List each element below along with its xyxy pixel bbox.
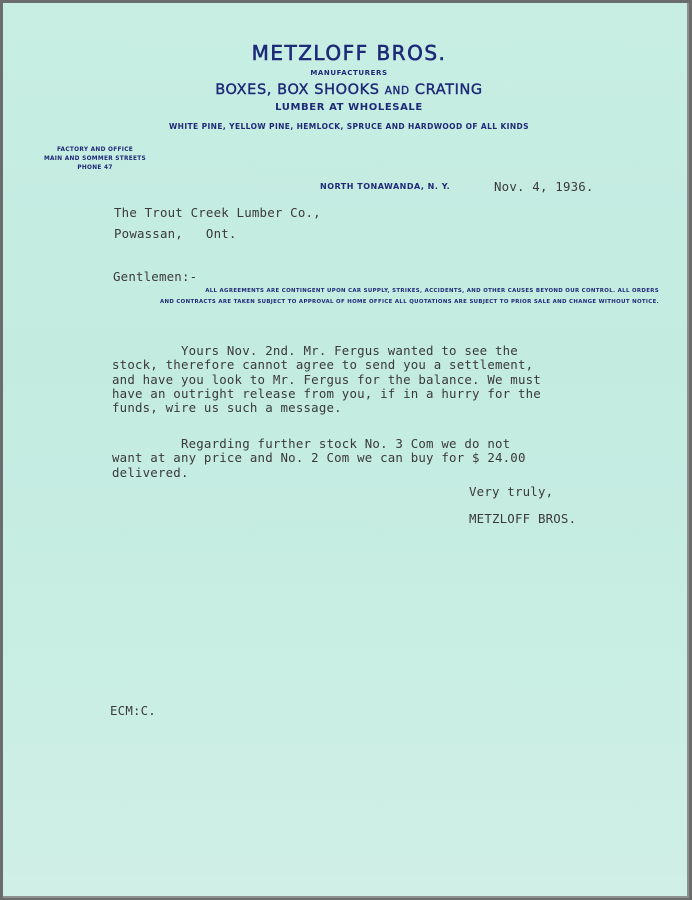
terms-line-2: AND CONTRACTS ARE TAKEN SUBJECT TO APPRO… [39,299,659,305]
manufacturers-label: MANUFACTURERS [3,69,692,77]
products-and: AND [385,85,410,97]
products-b: CRATING [415,82,483,98]
address-line: MAIN AND SOMMER STREETS [31,155,159,164]
letter-date: Nov. 4, 1936. [494,179,594,194]
company-name: METZLOFF BROS. [3,41,692,65]
salutation: Gentlemen:- [113,269,197,284]
paragraph-1: Yours Nov. 2nd. Mr. Fergus wanted to see… [112,344,541,415]
terms-line-1: ALL AGREEMENTS ARE CONTINGENT UPON CAR S… [93,288,659,294]
recipient-name: The Trout Creek Lumber Co., [114,205,321,220]
factory-address: FACTORY AND OFFICE MAIN AND SOMMER STREE… [31,146,159,173]
letter-paper: METZLOFF BROS. MANUFACTURERS BOXES, BOX … [3,3,689,898]
reference-initials: ECM:C. [110,703,156,718]
paragraph-2: Regarding further stock No. 3 Com we do … [112,437,526,480]
products-line: BOXES, BOX SHOOKS AND CRATING [3,82,692,98]
place-label: NORTH TONAWANDA, N. Y. [320,182,450,191]
wood-kinds-line: WHITE PINE, YELLOW PINE, HEMLOCK, SPRUCE… [3,122,692,131]
address-line: FACTORY AND OFFICE [31,146,159,155]
lumber-line: LUMBER AT WHOLESALE [3,102,692,113]
address-line: PHONE 47 [31,164,159,173]
products-a: BOXES, BOX SHOOKS [215,82,379,98]
closing: Very truly, [469,484,553,499]
signature: METZLOFF BROS. [469,511,576,526]
recipient-location: Powassan, Ont. [114,226,237,241]
